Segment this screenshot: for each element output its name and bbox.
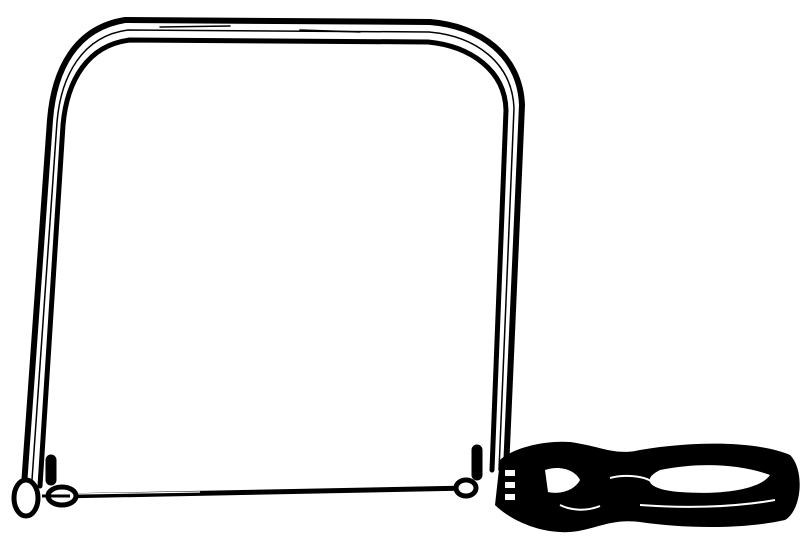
coping-saw-illustration [0,0,800,560]
wooden-handle [495,442,800,532]
